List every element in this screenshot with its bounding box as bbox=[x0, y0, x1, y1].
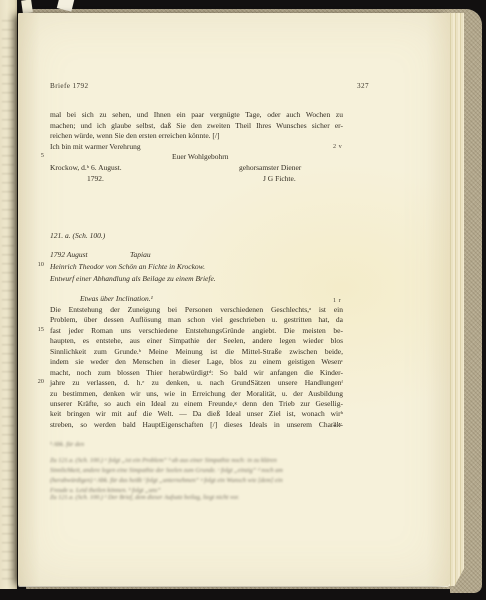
text-line: macht, noch zum blossen Thier herabwürdi… bbox=[50, 368, 343, 378]
text-line: Krockow, d.ᵇ 6. August.gehorsamster Dien… bbox=[50, 163, 343, 174]
text-line: (herabwürdigen) ᵉ Abk. für das heißt ᶠ f… bbox=[50, 476, 343, 486]
text-line: zu bestimmen, denken wir uns, wie in Err… bbox=[50, 389, 343, 399]
text-line: unserer Kräfte, so auch ein Ideal zu ein… bbox=[50, 399, 343, 409]
text-span: Tapiau bbox=[130, 249, 151, 261]
text-line: keit bringen wir mit auf die Welt. — Da … bbox=[50, 409, 343, 419]
text-line: Problem, über dessen Auflösung man schon… bbox=[50, 315, 343, 325]
text-line: Entwurf einer Abhandlung als Beilage zu … bbox=[50, 273, 343, 285]
text-line: Sinnlichkeit zum Grunde.ᵇ Meine Meinung … bbox=[50, 347, 343, 357]
text-span: 1792. bbox=[87, 174, 104, 185]
apparatus-block: Zu 121.a. (Sch. 100.) ᵃ folgt „ist ein P… bbox=[50, 456, 343, 496]
editorial-note: Zu 121.a. (Sch. 100.) ¹ Der Brief, dem d… bbox=[50, 493, 343, 503]
scanned-book-photo: Briefe 1792 327 5 10 15 20 2 v 1 r 2 v m… bbox=[0, 0, 486, 600]
text-span: 1792 August bbox=[50, 249, 88, 261]
letter-number-line: 121. a. (Sch. 100.) bbox=[50, 230, 343, 241]
text-span: Krockow, d.ᵇ 6. August. bbox=[50, 163, 122, 174]
text-line: 1792 AugustTapiau bbox=[50, 249, 343, 261]
essay-body: Die Entstehung der Zuneigung bei Persone… bbox=[50, 305, 343, 430]
text-line: Die Entstehung der Zuneigung bei Persone… bbox=[50, 305, 343, 315]
letter-heading-block: 1792 AugustTapiauHeinrich Theodor von Sc… bbox=[50, 249, 343, 285]
text-line: 121. a. (Sch. 100.) bbox=[50, 230, 343, 241]
essay-title: Etwas über Inclination.¹ bbox=[80, 294, 153, 303]
letter-closing-block: mal bei sich zu sehen, und Ihnen ein paa… bbox=[50, 110, 343, 184]
text-line: Zu 121.a. (Sch. 100.) ᵃ folgt „ist ein P… bbox=[50, 456, 343, 466]
page-number: 327 bbox=[357, 82, 369, 90]
text-line: Heinrich Theodor von Schön an Fichte in … bbox=[50, 261, 343, 273]
page-header: Briefe 1792 327 bbox=[50, 82, 369, 90]
text-line: reichen würde, wenn Sie den ersten errei… bbox=[50, 131, 343, 142]
text-line: indem sie weder den Menschen in dieser L… bbox=[50, 357, 343, 367]
text-line: jahre zu verlassen, d. h.ᵉ zu denken, u.… bbox=[50, 378, 343, 388]
page-corner-sliver bbox=[21, 0, 33, 14]
text-line: machen; und ich glaube selbst, daß Sie d… bbox=[50, 121, 343, 132]
page-stack-fore-edge bbox=[448, 13, 464, 586]
line-number-15: 15 bbox=[32, 326, 44, 334]
text-span: Euer Wohlgebohrn bbox=[172, 152, 229, 163]
text-line: mal bei sich zu sehen, und Ihnen ein paa… bbox=[50, 110, 343, 121]
text-line: fast jeder Roman uns verschiedene Entste… bbox=[50, 326, 343, 336]
line-number-10: 10 bbox=[32, 261, 44, 269]
footnote-b: ᵇ Abk. für den bbox=[50, 440, 343, 449]
facing-page-edge bbox=[0, 0, 17, 600]
text-line: 1792.J G Fichte. bbox=[50, 174, 343, 185]
text-line: Euer Wohlgebohrn bbox=[50, 152, 343, 163]
book-page: Briefe 1792 327 5 10 15 20 2 v 1 r 2 v m… bbox=[18, 13, 450, 586]
text-span: gehorsamster Diener bbox=[239, 163, 301, 174]
bottom-shadow bbox=[0, 589, 450, 600]
running-head: Briefe 1792 bbox=[50, 82, 89, 90]
text-line: Zu 121.a. (Sch. 100.) ¹ Der Brief, dem d… bbox=[50, 493, 343, 503]
text-line: streben, so werden bald HauptEigenschaft… bbox=[50, 420, 343, 430]
line-number-5: 5 bbox=[32, 152, 44, 160]
text-line: haupten, es entstehe, aus einer Simpathi… bbox=[50, 336, 343, 346]
text-span: J G Fichte. bbox=[263, 174, 296, 185]
folio-note-1r: 1 r bbox=[333, 297, 341, 305]
text-line: Ich bin mit warmer Verehrung bbox=[50, 142, 343, 153]
line-number-20: 20 bbox=[32, 378, 44, 386]
text-line: ᵇ Abk. für den bbox=[50, 440, 343, 449]
text-line: Sinnlichkeit, andere legen eine Simpathi… bbox=[50, 466, 343, 476]
